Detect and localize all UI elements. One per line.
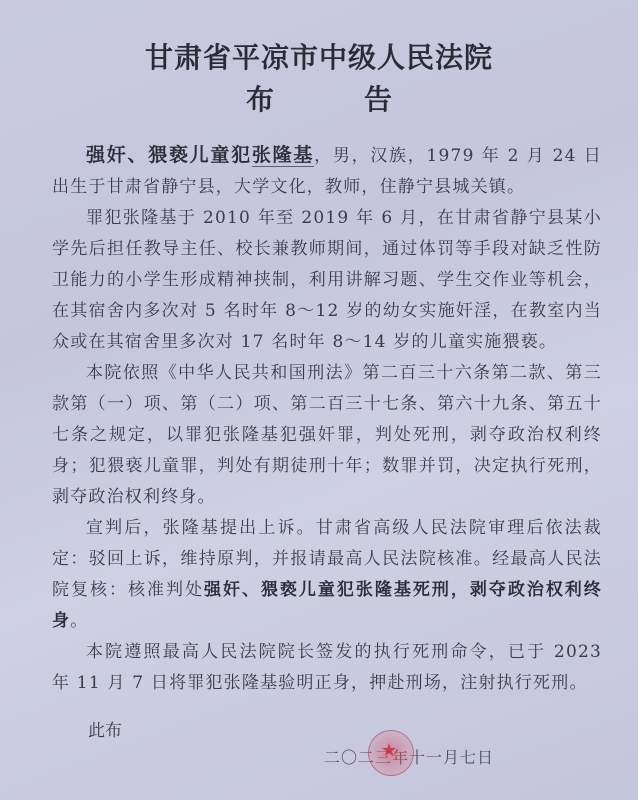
paragraph-defendant-info: 强奸、猥亵儿童犯张隆基，男，汉族，1979 年 2 月 24 日出生于甘肃省静宁…: [52, 140, 602, 203]
paragraph-judgment: 本院依照《中华人民共和国刑法》第二百三十六条第二款、第三款第（一）项、第（二）项…: [52, 358, 602, 513]
notice-title-char-1: 布: [246, 78, 274, 118]
notice-body: 强奸、猥亵儿童犯张隆基，男，汉族，1979 年 2 月 24 日出生于甘肃省静宁…: [52, 140, 602, 699]
defendant-name: 张隆基: [252, 144, 314, 167]
paragraph-appeal: 宣判后，张隆基提出上诉。甘肃省高级人民法院审理后依法裁定：驳回上诉，维持原判，并…: [52, 513, 602, 637]
court-seal-icon: ★: [368, 730, 414, 776]
seal-star-icon: ★: [381, 740, 397, 761]
closing-text: 此布: [88, 716, 122, 741]
court-notice-document: 甘肃省平凉市中级人民法院 布告 强奸、猥亵儿童犯张隆基，男，汉族，1979 年 …: [0, 0, 638, 800]
court-name-heading: 甘肃省平凉市中级人民法院: [0, 36, 638, 76]
crime-label: 强奸、猥亵儿童犯: [86, 144, 252, 166]
paragraph-execution: 本院遵照最高人民法院院长签发的执行死刑命令，已于 2023 年 11 月 7 日…: [52, 637, 602, 699]
notice-title-char-2: 告: [364, 78, 392, 118]
appeal-end: 。: [70, 611, 88, 631]
paragraph-facts: 罪犯张隆基于 2010 年至 2019 年 6 月，在甘肃省静宁县某小学先后担任…: [52, 203, 602, 358]
notice-title: 布告: [0, 78, 638, 118]
